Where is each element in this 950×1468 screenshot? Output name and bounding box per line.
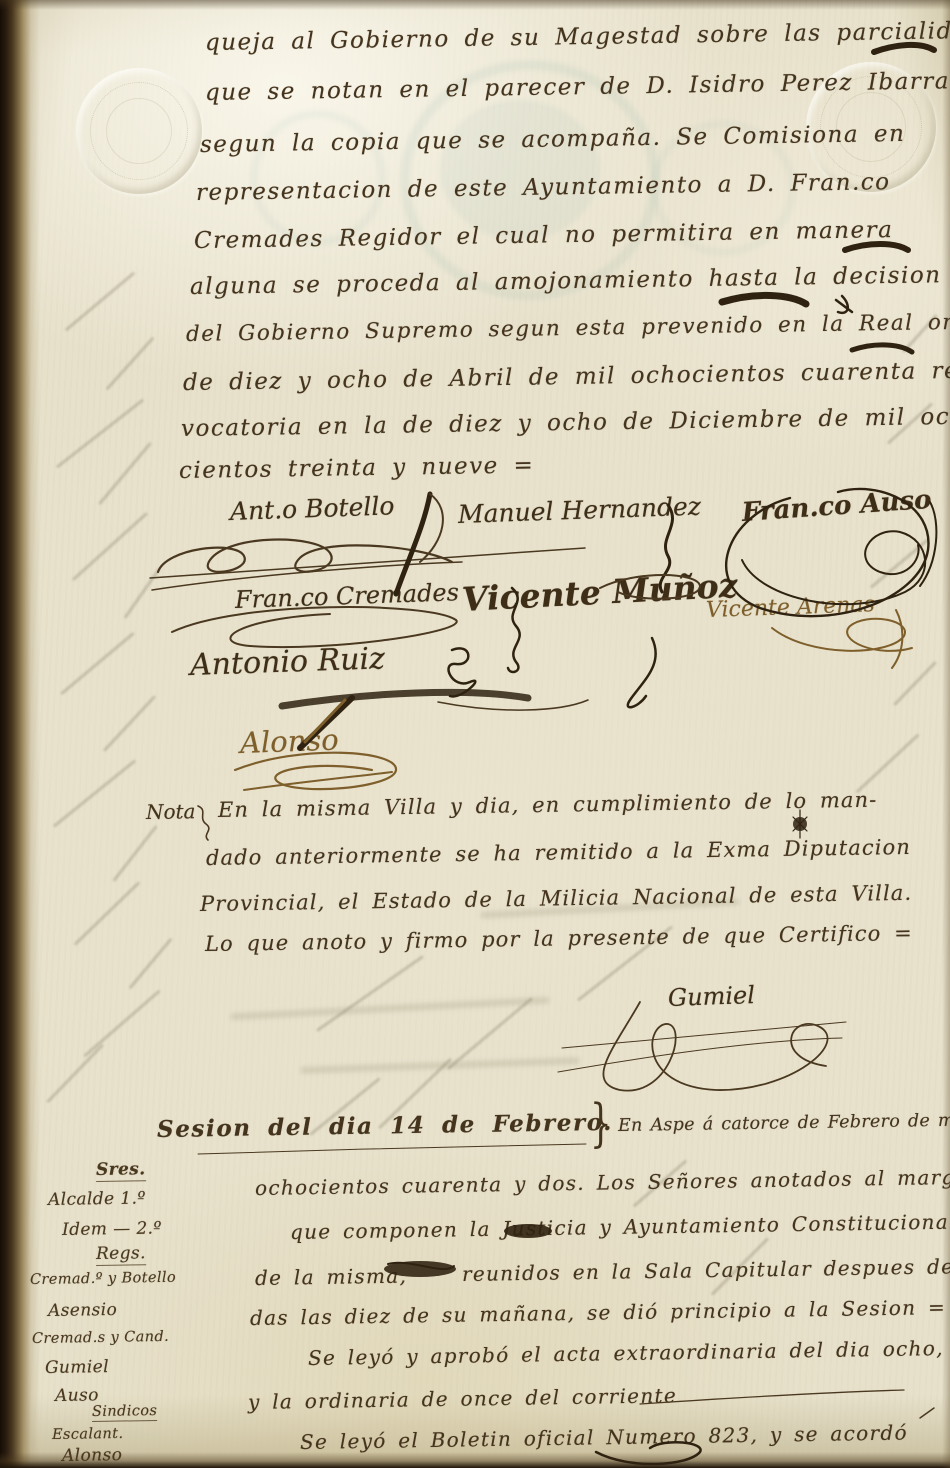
stamp-core <box>440 100 600 240</box>
page-right-edge <box>942 0 950 1468</box>
signature-arenas: Vicente Arenas <box>706 592 876 623</box>
manuscript-line: Lo que anoto y firmo por la presente de … <box>205 921 913 956</box>
manuscript-line: de diez y ocho de Abril de mil ochocient… <box>183 358 950 396</box>
manuscript-line: Cremades Regidor el cual no permitira en… <box>194 217 894 254</box>
session-title: Sesion del dia 14 de Febrero. <box>157 1109 613 1143</box>
manuscript-line: queja al Gobierno de su Magestad sobre l… <box>205 17 950 56</box>
manuscript-line: y la ordinaria de once del corriente <box>248 1383 677 1414</box>
manuscript-line: Se leyó y aprobó el acta extraordinaria … <box>308 1336 944 1370</box>
nota-margin-label: Nota <box>146 799 196 824</box>
signature-alonso: Alonso <box>239 723 339 760</box>
manuscript-line: alguna se proceda al amojonamiento hasta… <box>190 262 942 300</box>
book-binding-edge <box>0 0 40 1468</box>
manuscript-page-scan: queja al Gobierno de su Magestad sobre l… <box>0 0 950 1468</box>
seal-inner-ring <box>106 98 172 164</box>
page-bottom-edge <box>0 1452 950 1468</box>
manuscript-line: das las diez de su mañana, se dió princi… <box>250 1295 946 1330</box>
signature-gumiel: Gumiel <box>668 981 756 1012</box>
margin-item: Alcalde 1.º <box>48 1188 146 1210</box>
manuscript-line: que componen la Justicia y Ayuntamiento … <box>290 1210 950 1244</box>
margin-item: Sres. <box>96 1159 146 1182</box>
manuscript-line: En la misma Villa y dia, en cumplimiento… <box>218 788 878 822</box>
margin-item: Sindicos <box>92 1403 158 1422</box>
manuscript-line: vocatoria en la de diez y ocho de Diciem… <box>181 403 950 442</box>
embossed-seal-left <box>76 68 202 194</box>
session-brace: } <box>590 1094 612 1154</box>
margin-item: Regs. <box>96 1243 146 1266</box>
gumiel-flourish <box>558 1002 846 1091</box>
manuscript-line: En Aspe á catorce de Febrero de mil <box>618 1111 950 1136</box>
signature-auso: Fran.co Auso <box>741 485 932 528</box>
margin-item: Escalant. <box>52 1426 124 1443</box>
signature-ruiz: Antonio Ruiz <box>189 641 385 683</box>
margin-item: Idem — 2.º <box>62 1218 162 1240</box>
manuscript-line: representacion de este Ayuntamiento a D.… <box>196 169 891 206</box>
margin-item: Cremad.º y Botello <box>30 1270 176 1288</box>
margin-item: Asensio <box>48 1300 118 1321</box>
manuscript-line: segun la copia que se acompaña. Se Comis… <box>200 121 906 158</box>
signature-botello: Ant.o Botello <box>229 491 394 526</box>
signature-hernandez: Manuel Hernandez <box>457 492 701 529</box>
margin-item: Alonso <box>62 1445 123 1466</box>
margin-item: Auso <box>55 1385 99 1406</box>
margin-item: Cremad.s y Cand. <box>32 1329 169 1347</box>
signature-munoz: Vicente Muñoz <box>461 566 738 619</box>
manuscript-line: reunidos en la Sala Capitular despues de… <box>462 1254 950 1286</box>
margin-item: Gumiel <box>45 1357 109 1378</box>
manuscript-line: Se leyó el Boletin oficial Numero 823, y… <box>300 1420 908 1454</box>
manuscript-line: de la misma, <box>255 1264 408 1290</box>
manuscript-line: ochocientos cuarenta y dos. Los Señores … <box>255 1165 950 1200</box>
page-top-edge <box>0 0 950 10</box>
nota-brace <box>198 806 209 840</box>
manuscript-line: del Gobierno Supremo segun esta prevenid… <box>186 309 950 347</box>
manuscript-line: cientos treinta y nueve = <box>179 452 535 484</box>
manuscript-line: dado anteriormente se ha remitido a la E… <box>206 835 911 870</box>
signature-cremades: Fran.co Cremades <box>235 578 460 614</box>
munoz-rubric <box>628 638 656 707</box>
